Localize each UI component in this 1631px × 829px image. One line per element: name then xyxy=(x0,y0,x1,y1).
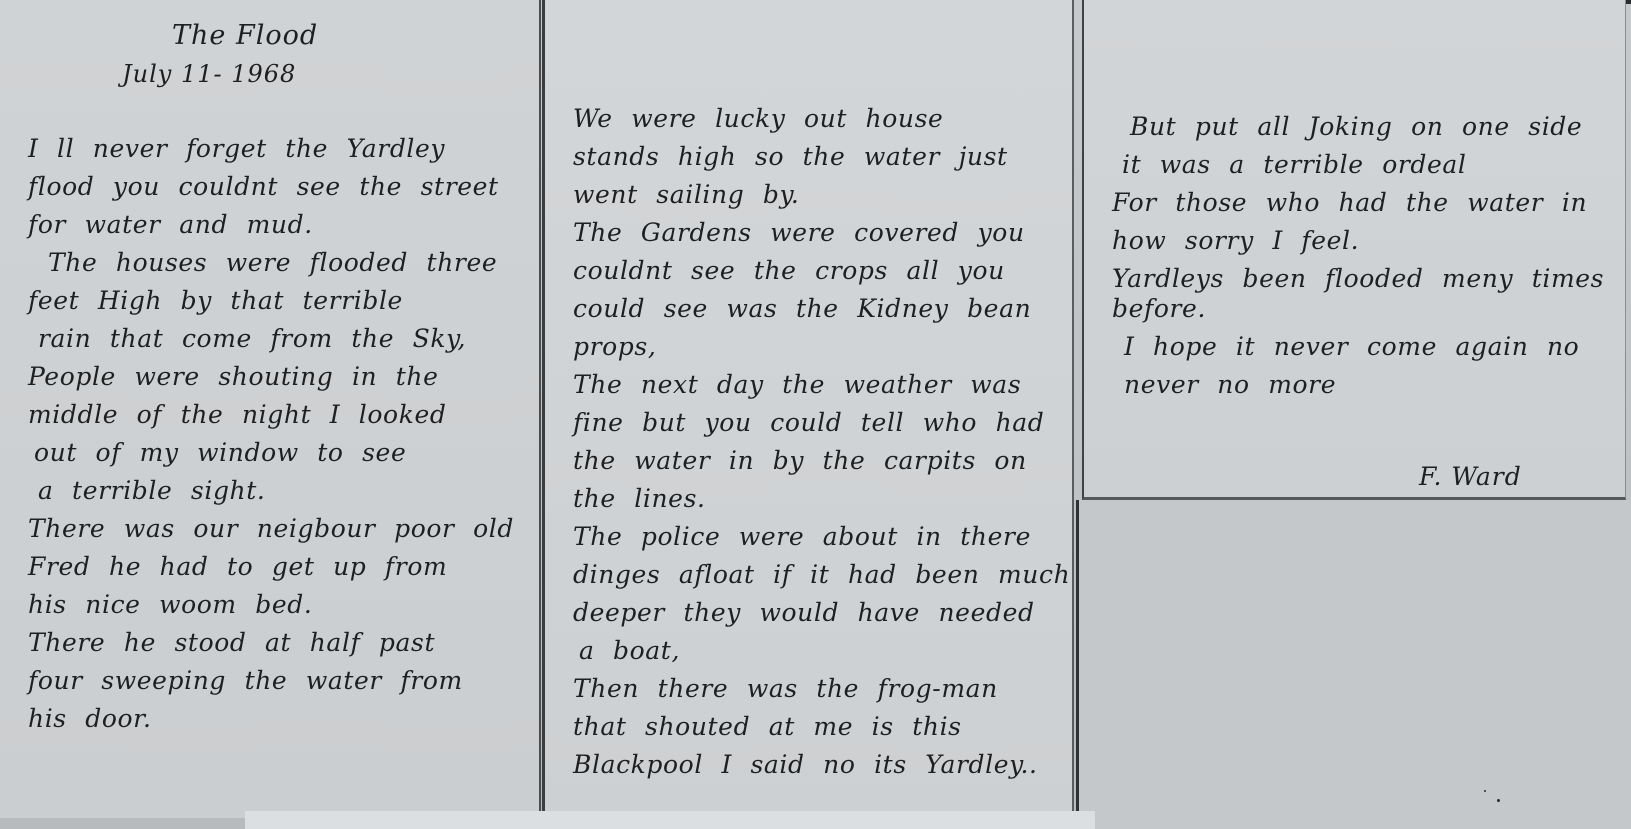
text-line: the lines. xyxy=(573,480,1070,518)
letter-page-3: But put all Joking on one side it was a … xyxy=(1082,0,1626,500)
text-line: People were shouting in the xyxy=(28,358,514,396)
text-line: The houses were flooded three xyxy=(28,244,514,282)
letter-page-2: We were lucky out house stands high so t… xyxy=(542,0,1074,822)
text-line: The next day the weather was xyxy=(573,366,1070,404)
text-line: rain that come from the Sky, xyxy=(28,320,514,358)
text-line: There he stood at half past xyxy=(28,624,514,662)
ink-spot xyxy=(1484,790,1486,792)
text-line: could see was the Kidney bean xyxy=(573,290,1070,328)
letter-title: The Flood xyxy=(172,20,318,51)
text-line: The Gardens were covered you xyxy=(573,214,1070,252)
page-2-text: We were lucky out house stands high so t… xyxy=(573,100,1070,784)
page-1-text: I ll never forget the Yardley flood you … xyxy=(28,130,514,738)
text-line: flood you couldnt see the street xyxy=(28,168,514,206)
text-line: his nice woom bed. xyxy=(28,586,514,624)
text-line: For those who had the water in xyxy=(1112,184,1604,222)
text-line: a terrible sight. xyxy=(28,472,514,510)
text-line: Yardleys been flooded meny times xyxy=(1112,260,1604,298)
page-3-text: But put all Joking on one side it was a … xyxy=(1112,108,1604,404)
text-line: We were lucky out house xyxy=(573,100,1070,138)
text-line: Fred he had to get up from xyxy=(28,548,514,586)
text-line: never no more xyxy=(1112,366,1604,404)
paper-slip xyxy=(245,811,1095,829)
text-line: how sorry I feel. xyxy=(1112,222,1604,260)
text-line: deeper they would have needed xyxy=(573,594,1070,632)
text-line: the water in by the carpits on xyxy=(573,442,1070,480)
text-line: went sailing by. xyxy=(573,176,1070,214)
backing-sheet xyxy=(1076,500,1631,829)
text-line: Then there was the frog-man xyxy=(573,670,1070,708)
text-line: before. xyxy=(1112,298,1604,328)
text-line: feet High by that terrible xyxy=(28,282,514,320)
text-line: his door. xyxy=(28,700,514,738)
text-line: middle of the night I looked xyxy=(28,396,514,434)
text-line: a boat, xyxy=(573,632,1070,670)
text-line: I ll never forget the Yardley xyxy=(28,130,514,168)
text-line: Blackpool I said no its Yardley.. xyxy=(573,746,1070,784)
text-line: But put all Joking on one side xyxy=(1112,108,1604,146)
text-line: dinges afloat if it had been much xyxy=(573,556,1070,594)
ink-spot xyxy=(1497,799,1500,802)
text-line: four sweeping the water from xyxy=(28,662,514,700)
text-line: for water and mud. xyxy=(28,206,514,244)
text-line: out of my window to see xyxy=(28,434,514,472)
text-line: couldnt see the crops all you xyxy=(573,252,1070,290)
signature: F. Ward xyxy=(1419,462,1522,491)
text-line: I hope it never come again no xyxy=(1112,328,1604,366)
text-line: that shouted at me is this xyxy=(573,708,1070,746)
text-line: it was a terrible ordeal xyxy=(1112,146,1604,184)
letter-page-1: The Flood July 11- 1968 I ll never forge… xyxy=(0,0,541,818)
text-line: fine but you could tell who had xyxy=(573,404,1070,442)
text-line: There was our neigbour poor old xyxy=(28,510,514,548)
text-line: The police were about in there xyxy=(573,518,1070,556)
text-line: stands high so the water just xyxy=(573,138,1070,176)
letter-date: July 11- 1968 xyxy=(122,60,296,88)
text-line: props, xyxy=(573,328,1070,366)
